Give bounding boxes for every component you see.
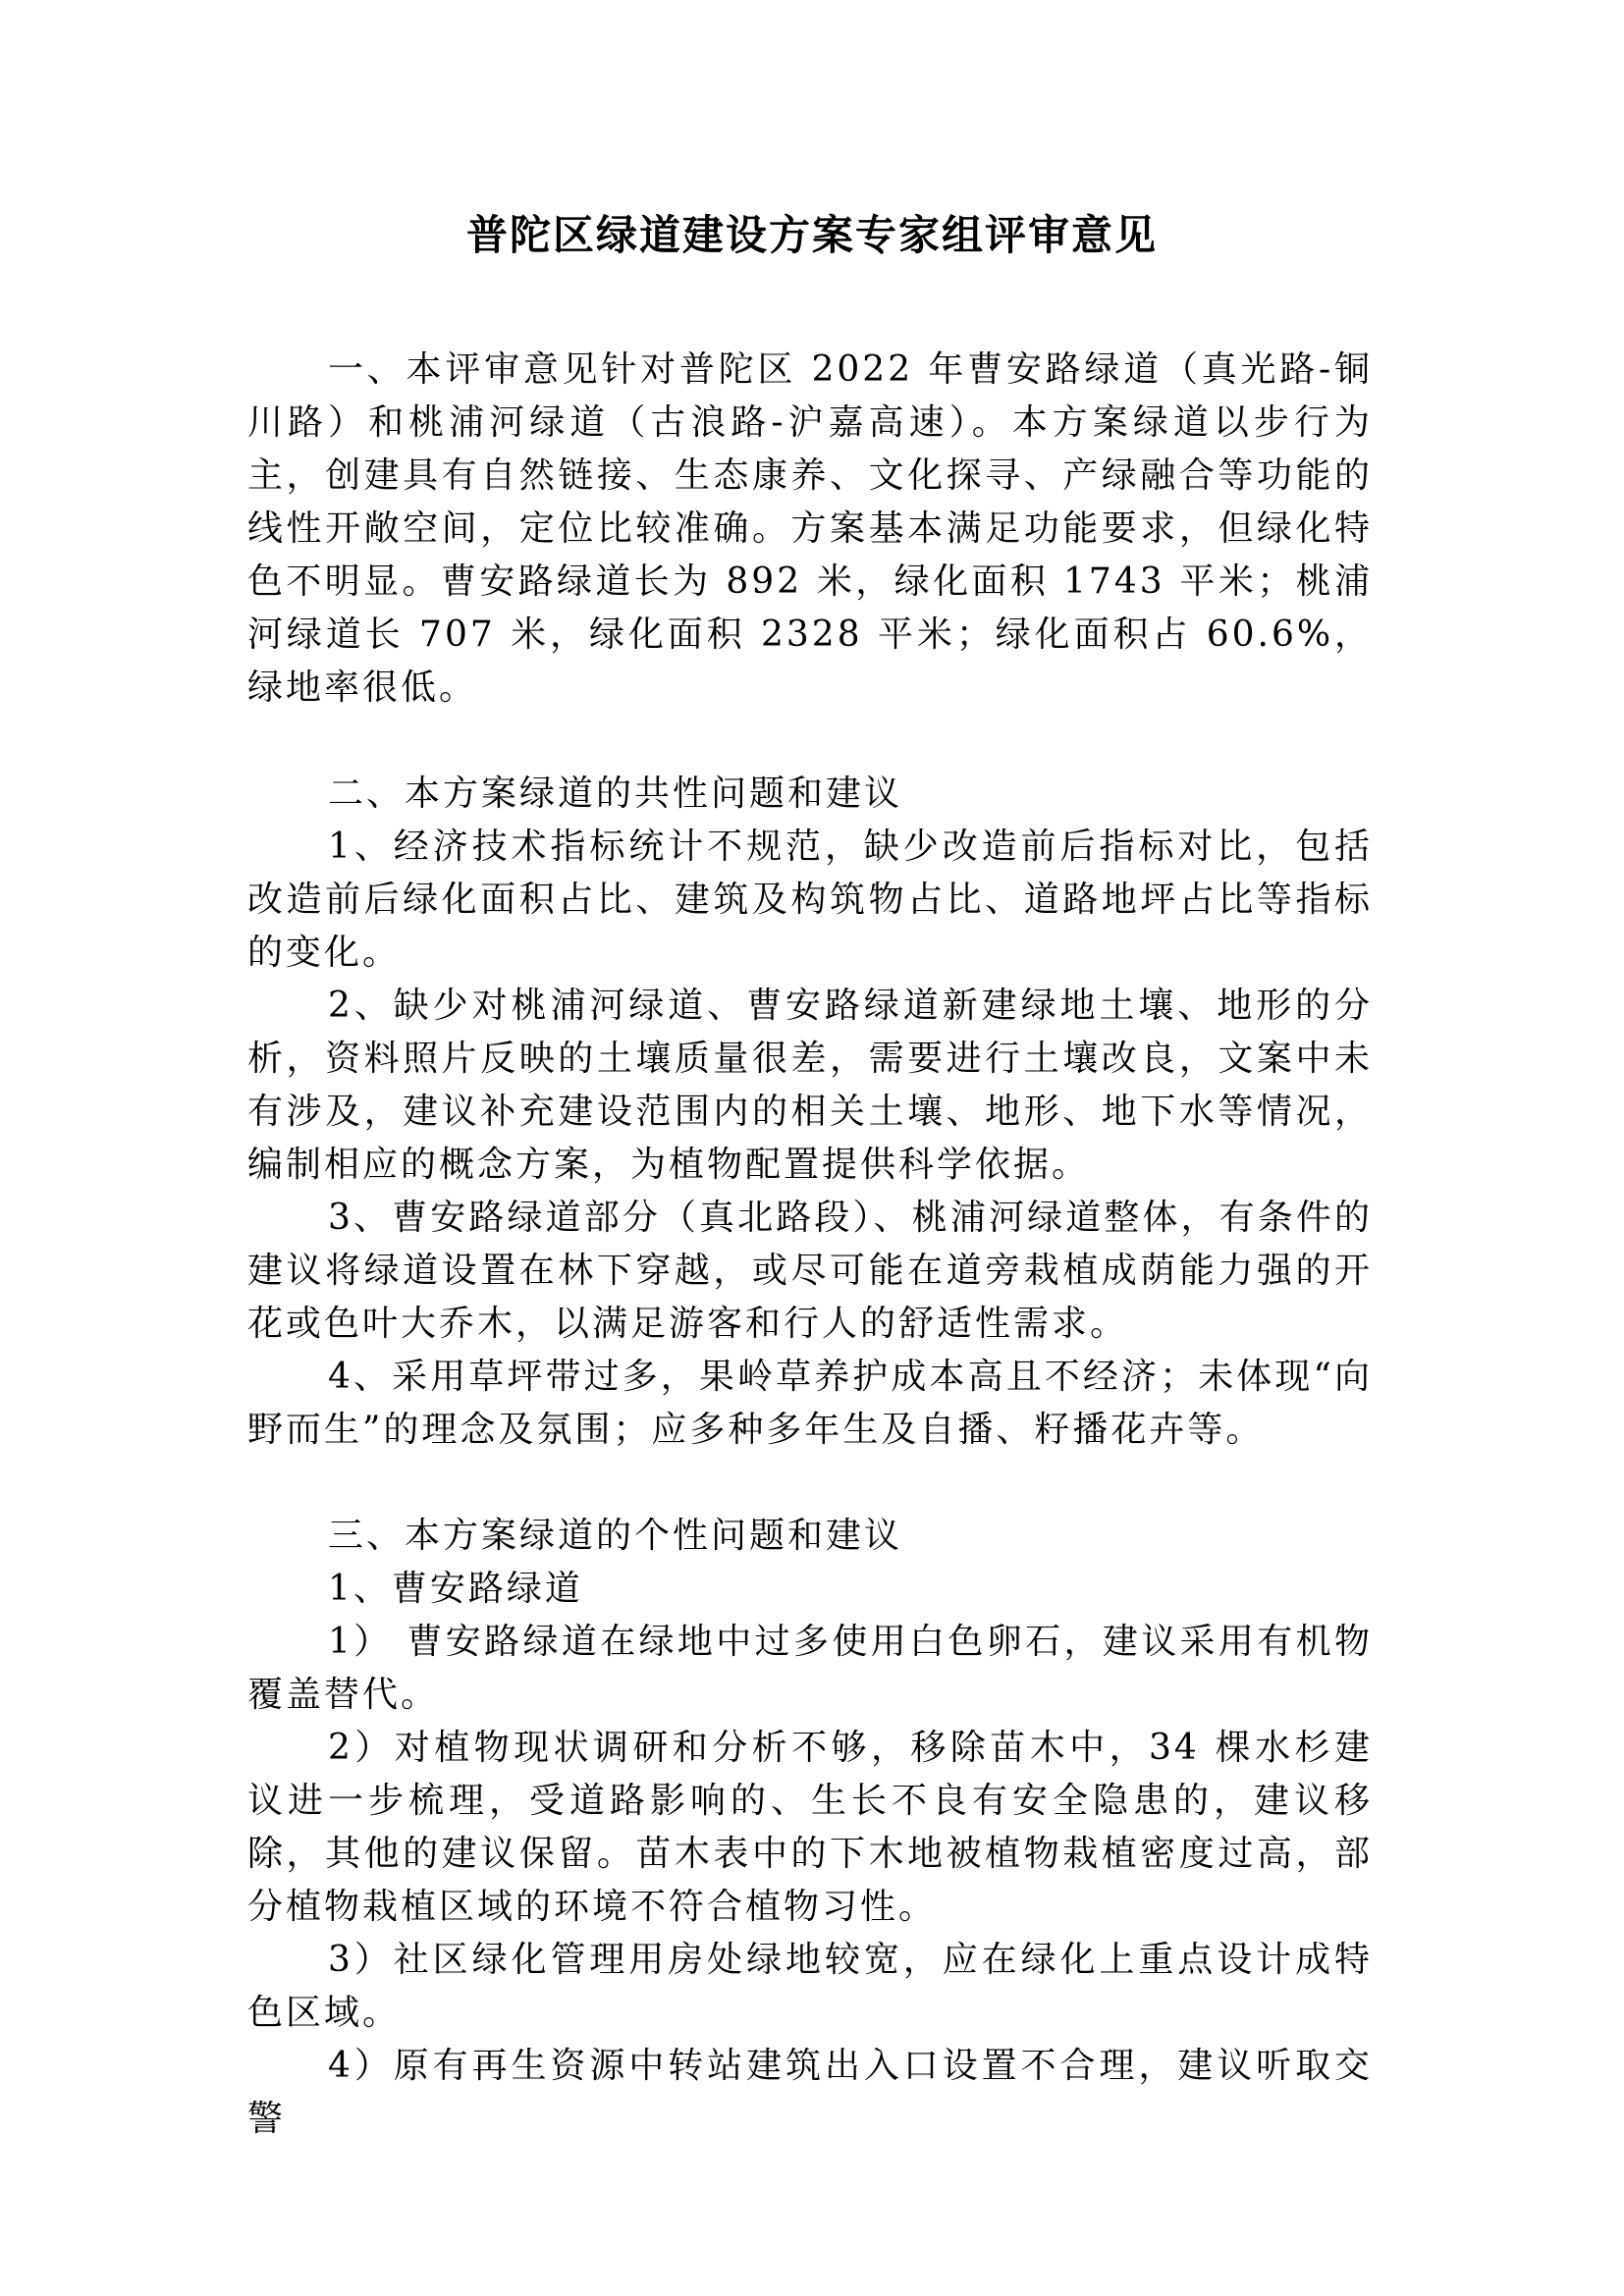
section-gap [247,715,1373,768]
section-gap [247,1457,1373,1510]
common-issue-4: 4、采用草坪带过多，果岭草养护成本高且不经济；未体现“向野而生”的理念及氛围；应… [247,1351,1373,1457]
section-overview: 一、本评审意见针对普陀区 2022 年曹安路绿道（真光路-铜川路）和桃浦河绿道（… [247,344,1373,715]
specific-issue-2: 2）对植物现状调研和分析不够，移除苗木中，34 棵水杉建议进一步梳理，受道路影响… [247,1722,1373,1934]
section-heading: 二、本方案绿道的共性问题和建议 [247,768,1373,821]
subsection-heading: 1、曹安路绿道 [247,1563,1373,1616]
section-heading: 三、本方案绿道的个性问题和建议 [247,1510,1373,1563]
overview-paragraph: 一、本评审意见针对普陀区 2022 年曹安路绿道（真光路-铜川路）和桃浦河绿道（… [247,344,1373,715]
document-title: 普陀区绿道建设方案专家组评审意见 [0,208,1624,263]
common-issue-2: 2、缺少对桃浦河绿道、曹安路绿道新建绿地土壤、地形的分析，资料照片反映的土壤质量… [247,980,1373,1192]
common-issue-3: 3、曹安路绿道部分（真北路段）、桃浦河绿道整体，有条件的建议将绿道设置在林下穿越… [247,1192,1373,1351]
common-issue-1: 1、经济技术指标统计不规范，缺少改造前后指标对比，包括改造前后绿化面积占比、建筑… [247,821,1373,980]
document-page: 普陀区绿道建设方案专家组评审意见 一、本评审意见针对普陀区 2022 年曹安路绿… [0,0,1624,2296]
section-specific-issues: 三、本方案绿道的个性问题和建议 1、曹安路绿道 1） 曹安路绿道在绿地中过多使用… [247,1510,1373,2146]
specific-issue-3: 3）社区绿化管理用房处绿地较宽，应在绿化上重点设计成特色区域。 [247,1934,1373,2040]
specific-issue-1: 1） 曹安路绿道在绿地中过多使用白色卵石，建议采用有机物覆盖替代。 [247,1616,1373,1722]
specific-issue-4: 4）原有再生资源中转站建筑出入口设置不合理，建议听取交警 [247,2040,1373,2146]
section-common-issues: 二、本方案绿道的共性问题和建议 1、经济技术指标统计不规范，缺少改造前后指标对比… [247,768,1373,1457]
document-body: 一、本评审意见针对普陀区 2022 年曹安路绿道（真光路-铜川路）和桃浦河绿道（… [247,344,1373,2146]
